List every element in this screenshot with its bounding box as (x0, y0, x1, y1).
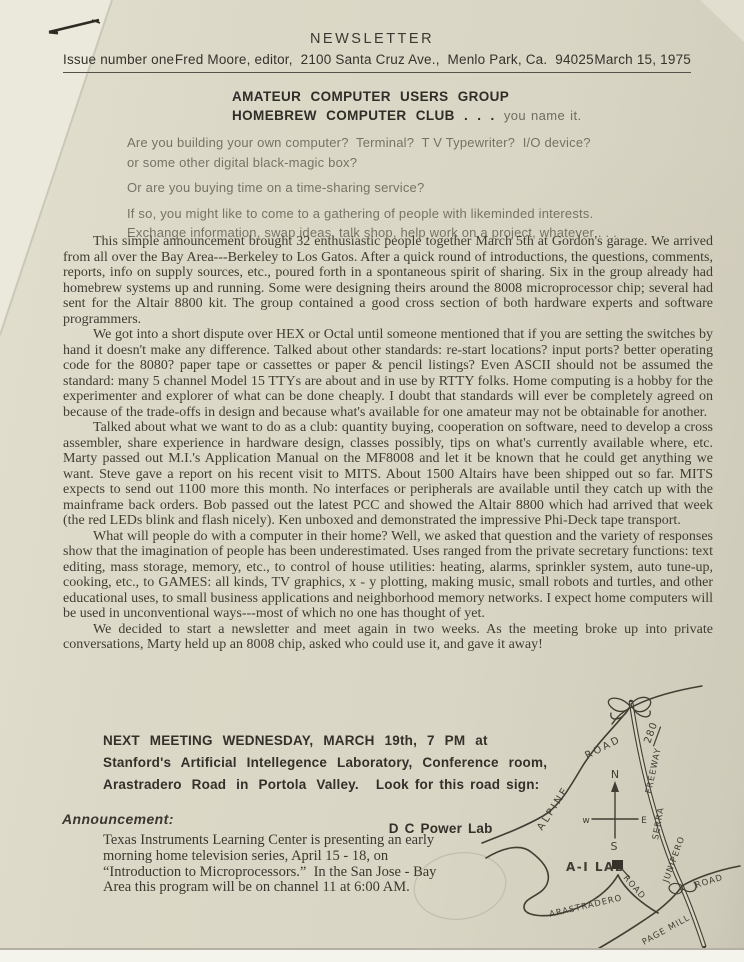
ai-lab-marker (612, 860, 623, 869)
hand-drawn-map: N S w E A-I LAB ALPINE ROAD ARASTRADERO … (400, 680, 744, 962)
paragraph-4: What will people do with a computer in t… (63, 529, 713, 622)
scanner-edge-strip (0, 948, 744, 962)
compass-north-label: N (611, 768, 619, 781)
paragraph-2: We got into a short dispute over HEX or … (63, 327, 713, 420)
club-title-line2-bold: HOMEBREW COMPUTER CLUB . . . (232, 108, 504, 123)
intro-line: If so, you might like to come to a gathe… (127, 204, 617, 224)
club-title-line2: HOMEBREW COMPUTER CLUB . . . you name it… (232, 107, 581, 126)
club-title: AMATEUR COMPUTER USERS GROUP HOMEBREW CO… (232, 88, 581, 125)
svg-text:280: 280 (642, 721, 660, 746)
paragraph-5: We decided to start a newsletter and mee… (63, 622, 713, 653)
issue-line: Issue number one Fred Moore, editor, 210… (63, 52, 691, 73)
compass-east-label: E (641, 816, 647, 826)
compass-west-label: w (582, 816, 589, 826)
freeway-label: FREEWAY (644, 747, 664, 795)
intro-line: Or are you buying time on a time-sharing… (127, 178, 617, 198)
compass: N S w E (582, 768, 647, 853)
intro-questions: Are you building your own computer? Term… (127, 133, 617, 243)
newsletter-page: NEWSLETTER Issue number one Fred Moore, … (0, 0, 744, 962)
meeting-location: Arastradero Road in Portola Valley. (103, 774, 359, 796)
map-road-labels: ALPINE ROAD ARASTRADERO ROAD PAGE MILL R… (535, 721, 724, 948)
paragraph-1: This simple announcement brought 32 enth… (63, 234, 713, 327)
page-mill-road-label: ROAD (694, 873, 724, 891)
paragraph-3: Talked about what we want to do as a clu… (63, 420, 713, 529)
freeway-280-label: 280 (642, 721, 661, 747)
compass-south-label: S (611, 840, 618, 853)
intro-line: or some other digital black-magic box? (127, 153, 617, 173)
announcement-body: Texas Instruments Learning Center is pre… (103, 833, 448, 896)
arastradero-road-label: ROAD (621, 873, 647, 901)
announcement-label: Announcement: (62, 811, 174, 827)
club-title-line2-tail: you name it. (504, 108, 582, 123)
editor-address: Fred Moore, editor, 2100 Santa Cruz Ave.… (175, 52, 594, 67)
masthead-title: NEWSLETTER (0, 31, 744, 47)
intro-line: Are you building your own computer? Term… (127, 133, 617, 153)
issue-number: Issue number one (63, 52, 174, 67)
club-title-line1: AMATEUR COMPUTER USERS GROUP (232, 88, 581, 107)
interchange-road (612, 686, 702, 724)
issue-date: March 15, 1975 (594, 52, 691, 67)
arastradero-label: ARASTRADERO (548, 893, 623, 920)
alpine-label: ALPINE (535, 785, 572, 833)
alpine-road-line (482, 710, 628, 843)
article-body: This simple announcement brought 32 enth… (63, 234, 713, 653)
